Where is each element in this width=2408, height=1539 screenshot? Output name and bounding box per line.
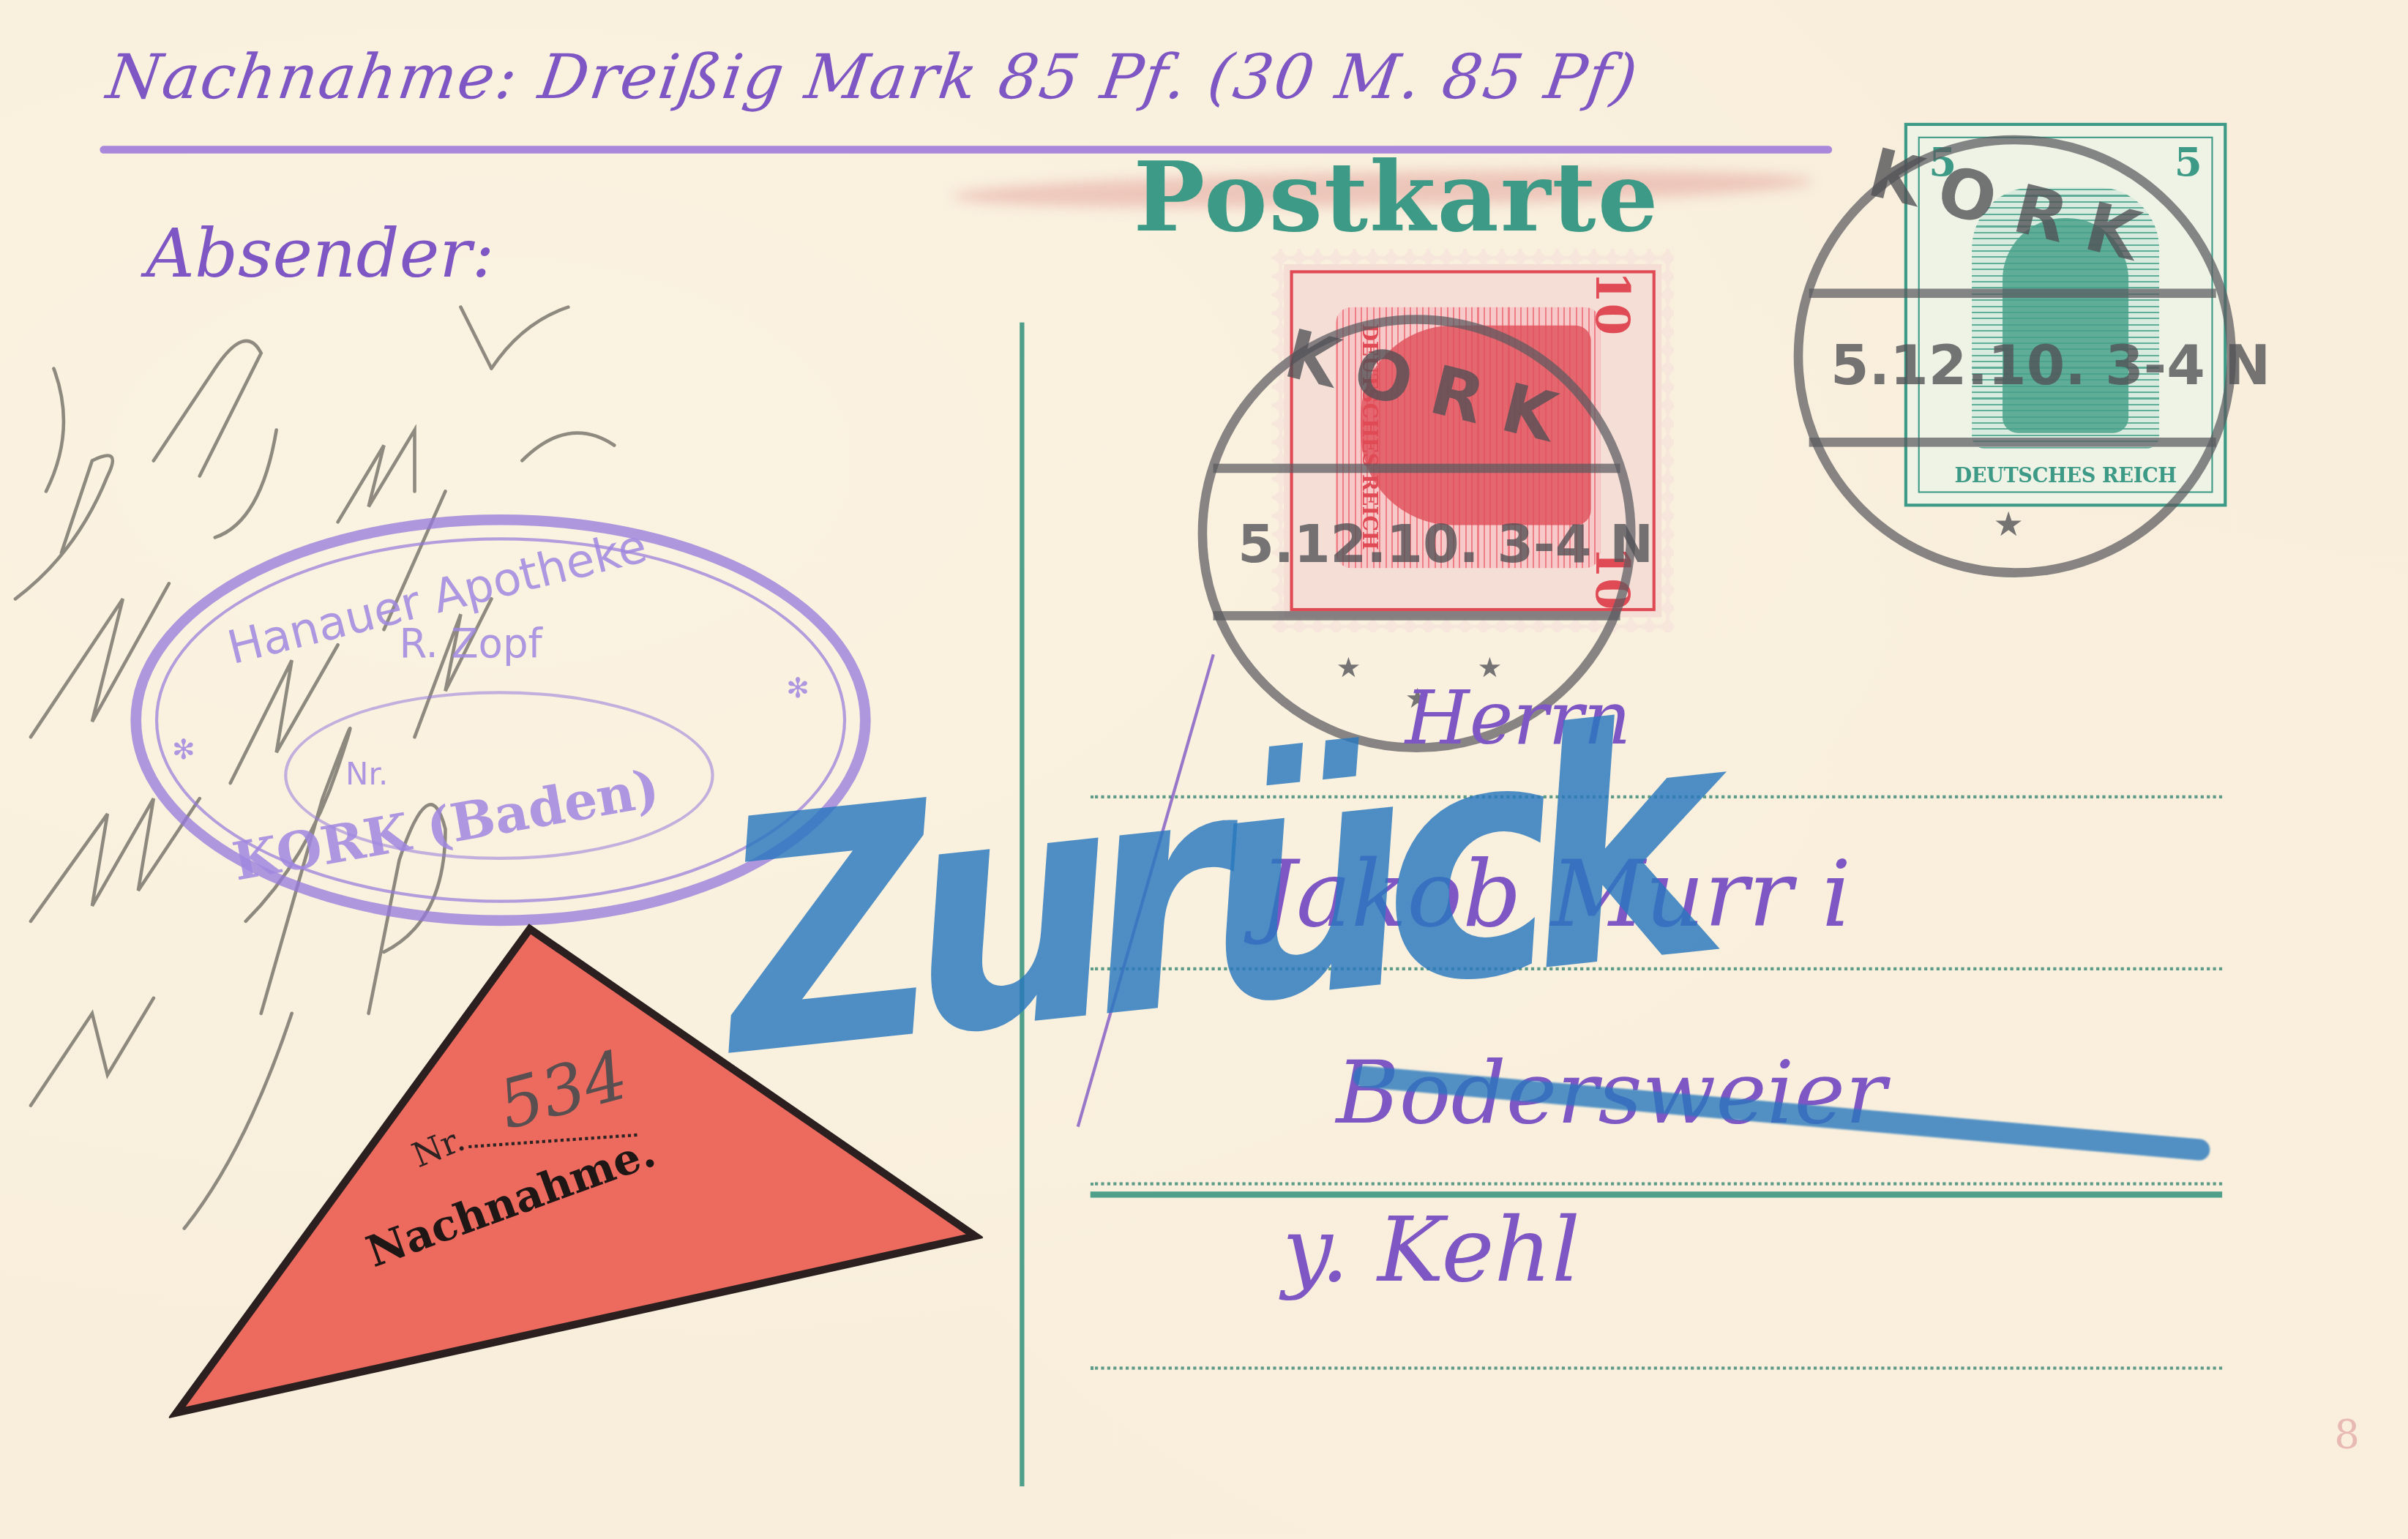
postmark-date: 5.12.10. 3-4 N — [1238, 514, 1653, 576]
postcard-title: Postkarte — [1133, 141, 1659, 253]
asterisk-icon: ✻ — [172, 734, 195, 766]
postmark-date: 5.12.10. 3-4 N — [1831, 334, 2270, 397]
star-icon: ★ — [1336, 653, 1361, 685]
stamp-value-top: 10 — [1585, 272, 1638, 336]
postmark-bar — [1214, 611, 1620, 621]
asterisk-icon: ✻ — [786, 673, 809, 705]
sender-stamp-line3: Nr. — [345, 755, 388, 792]
corner-pencil-mark: 8 — [2334, 1412, 2360, 1459]
sender-stamp-line2: R. Zopf — [400, 622, 542, 668]
star-icon: ★ — [1993, 506, 2023, 544]
stamp-value-right: 5 — [2175, 141, 2202, 187]
address-district: y. Kehl — [1282, 1198, 1580, 1303]
postmark-bar — [1214, 464, 1620, 473]
postcard: Nachnahme: Dreißig Mark 85 Pf. (30 M. 85… — [0, 0, 2408, 1539]
postmark-bar — [1809, 288, 2216, 298]
postmark-bar — [1809, 438, 2216, 447]
address-line-4 — [1091, 1366, 2222, 1369]
address-line-3 — [1091, 1183, 2222, 1186]
address-place-line — [1091, 1191, 2222, 1197]
cod-amount-handwriting: Nachnahme: Dreißig Mark 85 Pf. (30 M. 85… — [102, 43, 1642, 114]
